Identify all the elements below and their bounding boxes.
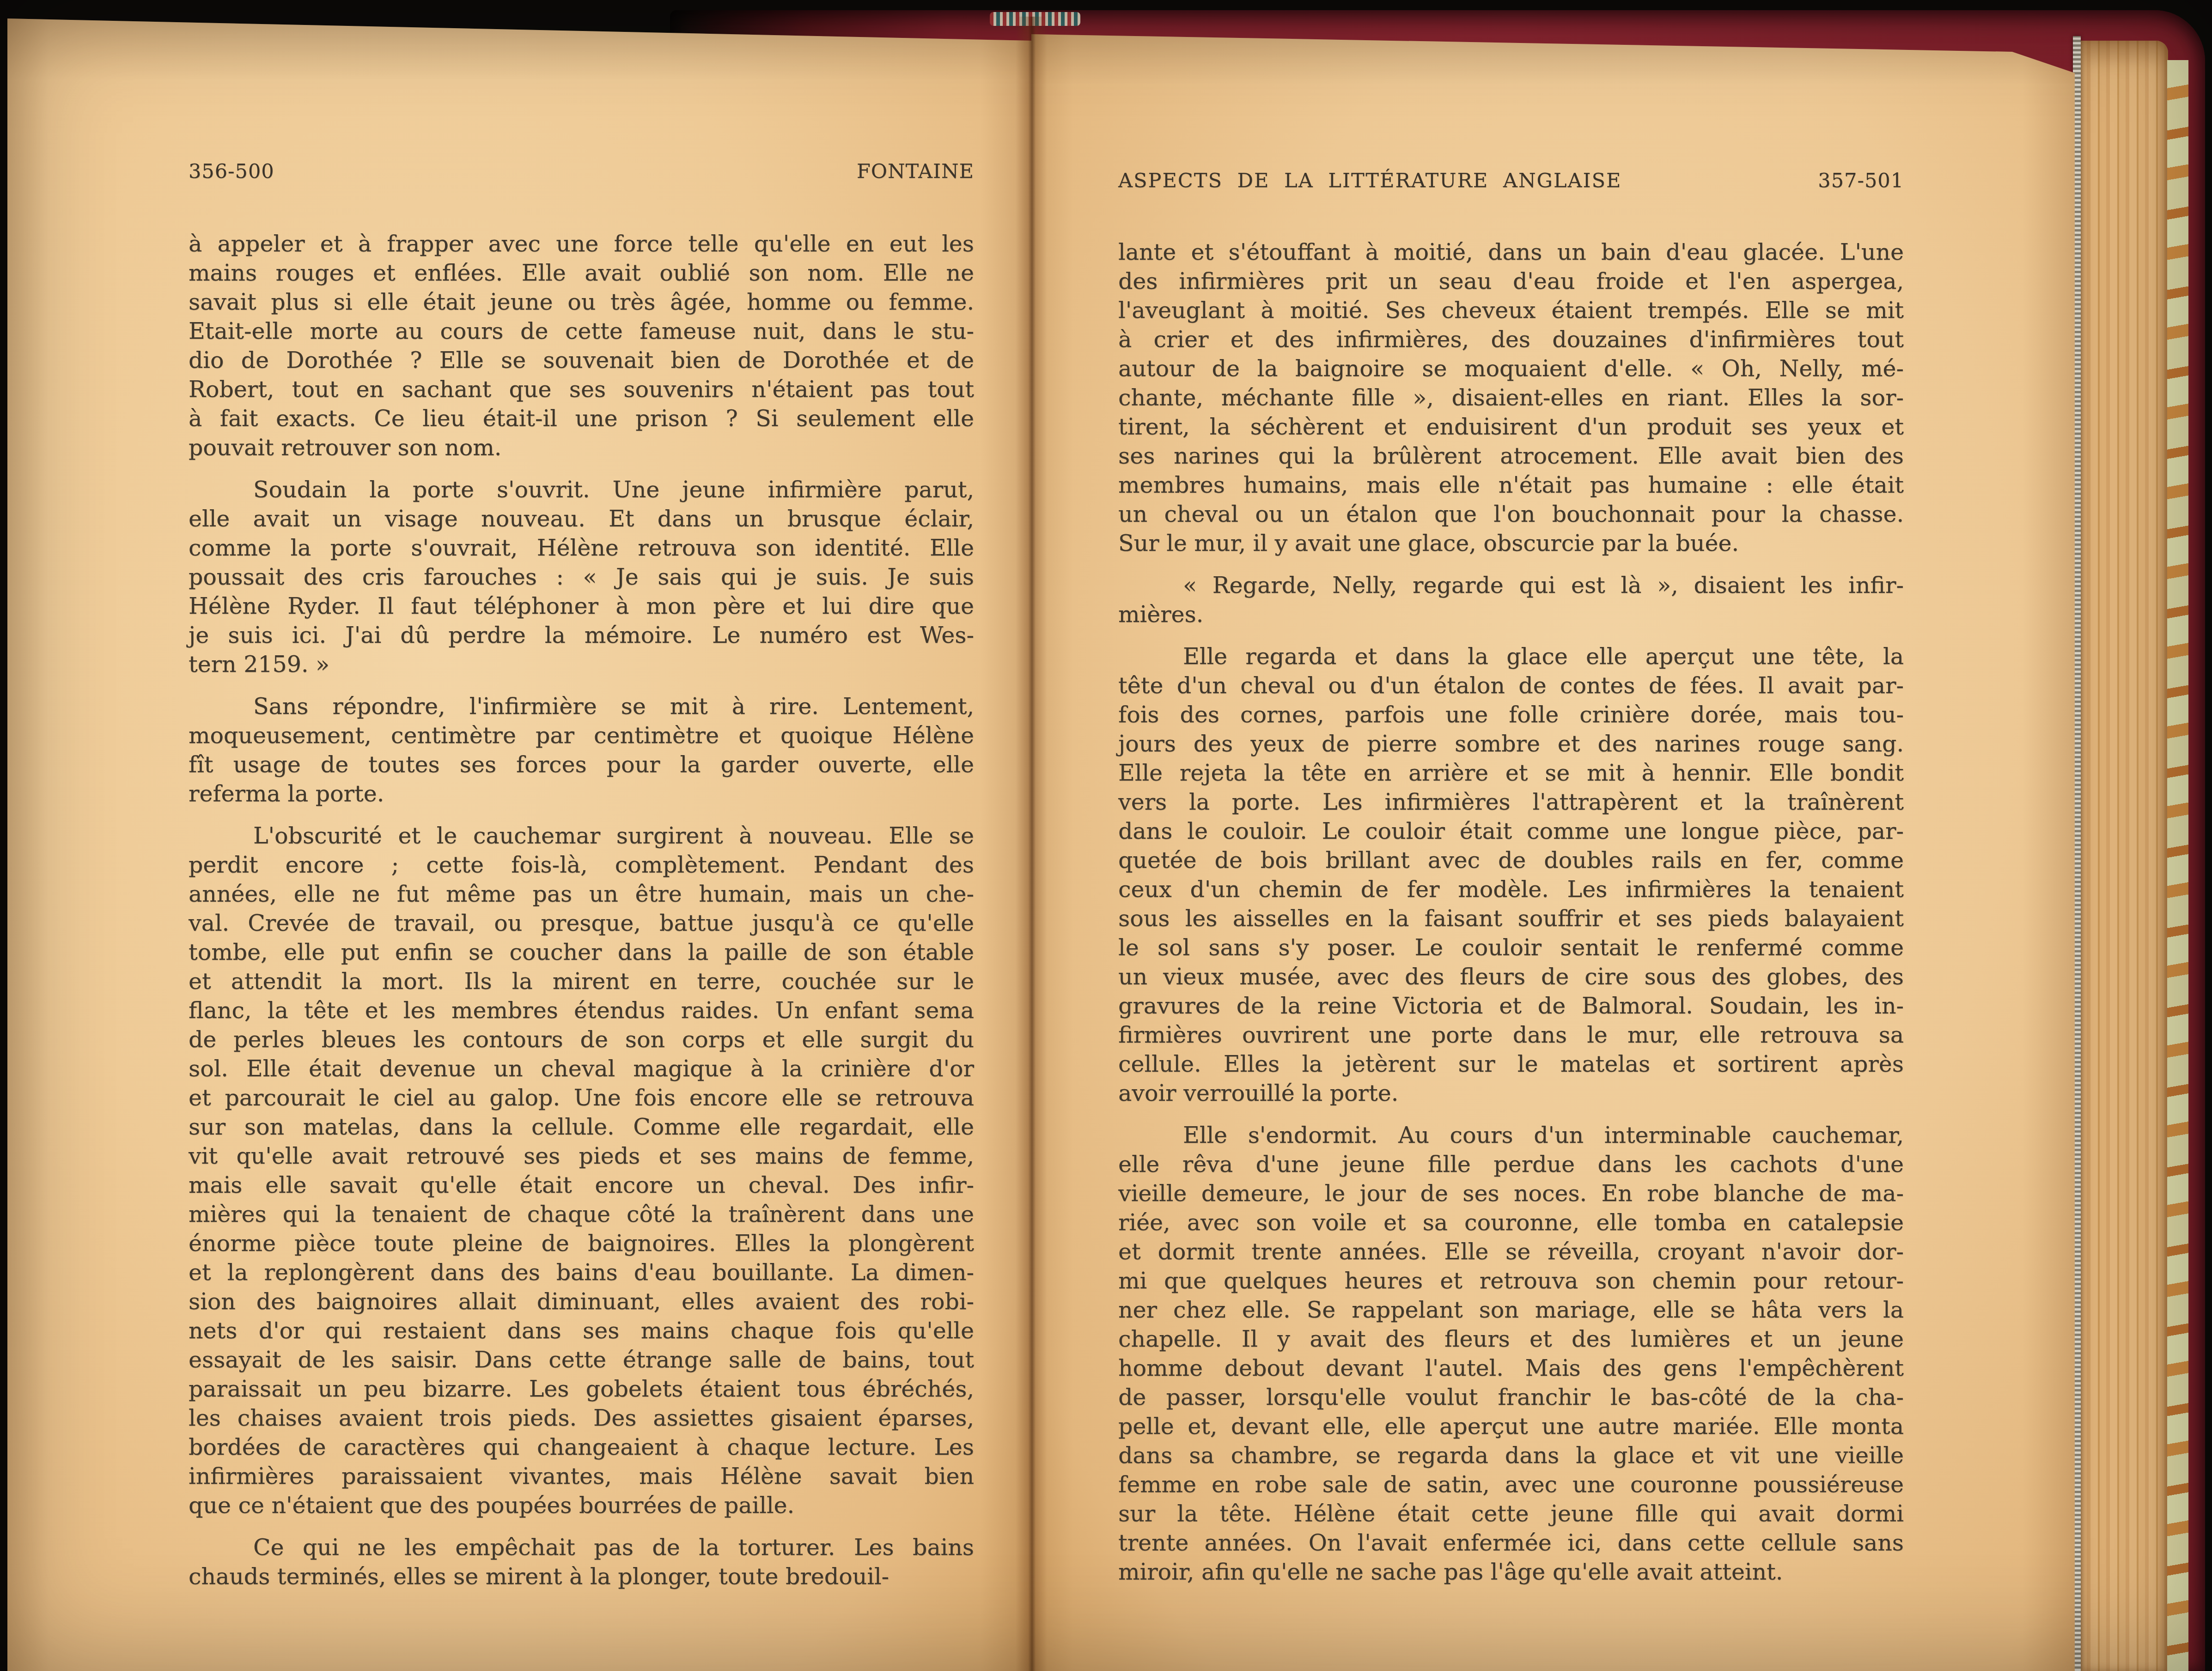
text-line: bordées de caractères qui changeaient à … [189,1433,974,1462]
text-line: mains rouges et enflées. Elle avait oubl… [189,258,974,287]
text-line: sol. Elle était devenue un cheval magiqu… [189,1054,974,1083]
text-line: et attendit la mort. Ils la mirent en te… [189,967,974,996]
text-line: un vieux musée, avec des fleurs de cire … [1118,962,1904,991]
text-line: trente années. On l'avait enfermée ici, … [1118,1528,1904,1557]
text-line: l'aveuglant à moitié. Ses cheveux étaien… [1118,296,1904,325]
text-line: Sur le mur, il y avait une glace, obscur… [1118,529,1904,558]
running-title-left: FONTAINE [857,160,974,183]
text-line: infirmières paraissaient vivantes, mais … [189,1462,974,1491]
running-head-right: ASPECTS DE LA LITTÉRATURE ANGLAISE 357-5… [1118,169,1904,192]
text-line: dio de Dorothée ? Elle se souvenait bien… [189,346,974,375]
text-line: Elle rejeta la tête en arrière et se mit… [1118,758,1904,787]
text-line: sous les aisselles en la faisant souffri… [1118,904,1904,933]
running-head-left: 356-500 FONTAINE [189,160,974,183]
text-line: tirent, la séchèrent et enduisirent d'un… [1118,412,1904,441]
text-line: les chaises avaient trois pieds. Des ass… [189,1403,974,1433]
text-line: mais elle savait qu'elle était encore un… [189,1171,974,1200]
text-line: sur la tête. Hélène était cette jeune fi… [1118,1499,1904,1528]
text-line: ses narines qui la brûlèrent atrocement.… [1118,441,1904,470]
text-line: vieille demeure, le jour de ses noces. E… [1118,1179,1904,1208]
text-line: elle rêva d'une jeune fille perdue dans … [1118,1150,1904,1179]
text-line: « Regarde, Nelly, regarde qui est là », … [1118,571,1904,600]
page-right: ASPECTS DE LA LITTÉRATURE ANGLAISE 357-5… [1031,18,2075,1671]
text-line: val. Crevée de travail, ou presque, batt… [189,909,974,938]
text-line: et dormit trente années. Elle se réveill… [1118,1237,1904,1266]
page-edges [2080,41,2168,1671]
page-right-text: lante et s'étouffant à moitié, dans un b… [1118,238,1904,1586]
text-line: quetée de bois brillant avec de doubles … [1118,846,1904,875]
text-line: sur son matelas, dans la cellule. Comme … [189,1112,974,1141]
text-line: cellule. Elles la jetèrent sur le matela… [1118,1049,1904,1079]
text-line: comme la porte s'ouvrait, Hélène retrouv… [189,533,974,562]
text-line: Elle s'endormit. Au cours d'un intermina… [1118,1121,1904,1150]
text-line: pouvait retrouver son nom. [189,433,974,462]
text-line: miroir, afin qu'elle ne sache pas l'âge … [1118,1557,1904,1586]
text-line: savait plus si elle était jeune ou très … [189,287,974,317]
text-line: de passer, lorsqu'elle voulut franchir l… [1118,1383,1904,1412]
text-line: poussait des cris farouches : « Je sais … [189,562,974,592]
text-line: Robert, tout en sachant que ses souvenir… [189,375,974,404]
text-line: nets d'or qui restaient dans ses mains c… [189,1316,974,1345]
paragraph: Elle regarda et dans la glace elle aperç… [1118,642,1904,1108]
text-line: Elle regarda et dans la glace elle aperç… [1118,642,1904,671]
text-line: Soudain la porte s'ouvrit. Une jeune inf… [189,475,974,504]
paragraph: Sans répondre, l'infirmière se mit à rir… [189,692,974,808]
text-line: Etait-elle morte au cours de cette fameu… [189,317,974,346]
text-line: lante et s'étouffant à moitié, dans un b… [1118,238,1904,267]
text-line: ceux d'un chemin de fer modèle. Les infi… [1118,875,1904,904]
text-line: L'obscurité et le cauchemar surgirent à … [189,821,974,850]
folio-right: 357-501 [1818,169,1904,192]
text-line: le sol sans s'y poser. Le couloir sentai… [1118,933,1904,962]
text-line: firmières ouvrirent une porte dans le mu… [1118,1020,1904,1049]
text-line: referma la porte. [189,779,974,808]
paragraph: lante et s'étouffant à moitié, dans un b… [1118,238,1904,558]
text-line: vit qu'elle avait retrouvé ses pieds et … [189,1141,974,1171]
text-line: tête d'un cheval ou d'un étalon de conte… [1118,671,1904,700]
running-title-right: ASPECTS DE LA LITTÉRATURE ANGLAISE [1118,169,1621,192]
text-line: mières qui la tenaient de chaque côté la… [189,1200,974,1229]
text-line: jours des yeux de pierre sombre et des n… [1118,729,1904,758]
text-line: à crier et des infirmières, des douzaine… [1118,325,1904,354]
text-line: perdit encore ; cette fois-là, complètem… [189,850,974,879]
text-line: chapelle. Il y avait des fleurs et des l… [1118,1324,1904,1354]
text-line: ner chez elle. Se rappelant son mariage,… [1118,1295,1904,1324]
text-line: un cheval ou un étalon que l'on bouchonn… [1118,500,1904,529]
text-line: flanc, la tête et les membres étendus ra… [189,996,974,1025]
text-line: femme en robe sale de satin, avec une co… [1118,1470,1904,1499]
text-line: autour de la baignoire se moquaient d'el… [1118,354,1904,383]
text-line: années, elle ne fut même pas un être hum… [189,879,974,909]
text-line: des infirmières prit un seau d'eau froid… [1118,267,1904,296]
text-line: mières. [1118,600,1904,629]
text-line: et la replongèrent dans des bains d'eau … [189,1258,974,1287]
folio-left: 356-500 [189,160,274,183]
paragraph: Elle s'endormit. Au cours d'un intermina… [1118,1121,1904,1586]
text-line: énorme pièce toute pleine de baignoires.… [189,1229,974,1258]
text-line: mi que quelques heures et retrouva son c… [1118,1266,1904,1295]
text-line: essayait de les saisir. Dans cette étran… [189,1345,974,1374]
paragraph: Soudain la porte s'ouvrit. Une jeune inf… [189,475,974,679]
text-line: dans le couloir. Le couloir était comme … [1118,817,1904,846]
paragraph: L'obscurité et le cauchemar surgirent à … [189,821,974,1520]
text-line: à appeler et à frapper avec une force te… [189,229,974,258]
text-line: de perles bleues les contours de son cor… [189,1025,974,1054]
text-line: moqueusement, centimètre par centimètre … [189,721,974,750]
paragraph: « Regarde, Nelly, regarde qui est là », … [1118,571,1904,629]
text-line: et parcourait le ciel au galop. Une fois… [189,1083,974,1112]
text-line: Sans répondre, l'infirmière se mit à rir… [189,692,974,721]
text-line: pelle et, devant elle, elle aperçut une … [1118,1412,1904,1441]
text-line: fît usage de toutes ses forces pour la g… [189,750,974,779]
paragraph: Ce qui ne les empêchait pas de la tortur… [189,1533,974,1591]
text-line: à fait exacts. Ce lieu était-il une pris… [189,404,974,433]
text-line: fois des cornes, parfois une folle crini… [1118,700,1904,729]
text-line: riée, avec son voile et sa couronne, ell… [1118,1208,1904,1237]
text-line: gravures de la reine Victoria et de Balm… [1118,991,1904,1020]
text-line: que ce n'étaient que des poupées bourrée… [189,1491,974,1520]
text-line: tombe, elle put enfin se coucher dans la… [189,938,974,967]
marbled-endpaper [2167,60,2188,1671]
text-line: vers la porte. Les infirmières l'attrapè… [1118,787,1904,817]
text-line: chante, méchante fille », disaient-elles… [1118,383,1904,412]
text-line: elle avait un visage nouveau. Et dans un… [189,504,974,533]
text-line: paraissait un peu bizarre. Les gobelets … [189,1374,974,1403]
text-line: je suis ici. J'ai dû perdre la mémoire. … [189,621,974,650]
text-line: membres humains, mais elle n'était pas h… [1118,470,1904,500]
text-line: sion des baignoires allait diminuant, el… [189,1287,974,1316]
text-line: homme debout devant l'autel. Mais des ge… [1118,1354,1904,1383]
open-book-photo: 356-500 FONTAINE à appeler et à frapper … [0,0,2212,1671]
paragraph: à appeler et à frapper avec une force te… [189,229,974,462]
text-line: dans sa chambre, se regarda dans la glac… [1118,1441,1904,1470]
text-line: tern 2159. » [189,650,974,679]
gutter-shadow [1016,17,1047,1671]
text-line: Hélène Ryder. Il faut téléphoner à mon p… [189,592,974,621]
page-left-text: à appeler et à frapper avec une force te… [189,229,974,1591]
text-line: chauds terminés, elles se mirent à la pl… [189,1562,974,1591]
page-left: 356-500 FONTAINE à appeler et à frapper … [7,14,1031,1671]
text-line: Ce qui ne les empêchait pas de la tortur… [189,1533,974,1562]
text-line: avoir verrouillé la porte. [1118,1079,1904,1108]
